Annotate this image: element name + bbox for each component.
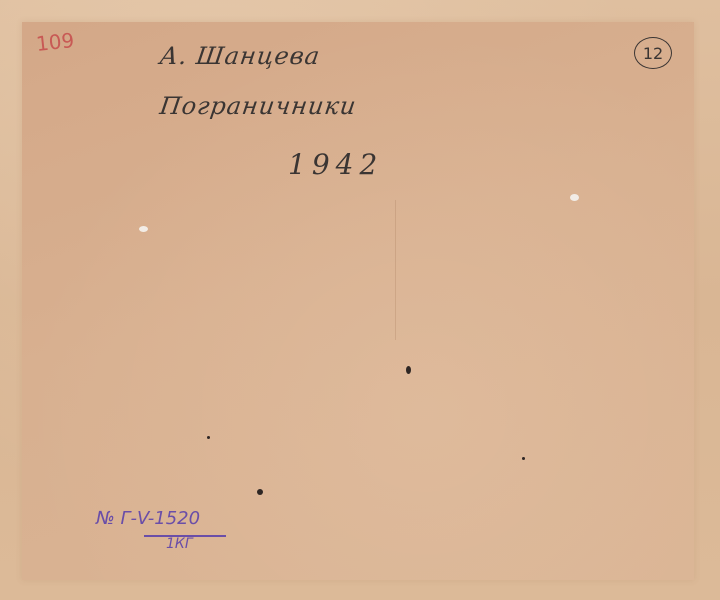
artwork-title-inscription: Пограничники	[158, 92, 358, 120]
inner-panel	[22, 22, 694, 580]
crease-line	[395, 200, 396, 340]
light-fleck	[139, 226, 148, 232]
year-inscription: 1942	[288, 148, 383, 181]
dark-speck	[257, 489, 263, 495]
red-catalog-number: 109	[35, 28, 75, 56]
dark-speck	[522, 457, 525, 460]
cardboard-backing: 109 А. Шанцева Пограничники 1942 12 № Г-…	[0, 0, 720, 600]
light-fleck	[570, 194, 579, 201]
artist-name-inscription: А. Шанцева	[158, 42, 322, 70]
dark-speck	[207, 436, 210, 439]
inventory-subline: 1КГ	[166, 536, 193, 552]
inventory-prefix: №	[96, 508, 115, 529]
inventory-number: № Г-V-1520 1КГ	[96, 508, 200, 529]
circled-number: 12	[634, 37, 672, 69]
circled-number-text: 12	[643, 44, 663, 63]
inventory-code: Г-V-1520	[120, 508, 200, 529]
dark-speck	[406, 366, 411, 374]
